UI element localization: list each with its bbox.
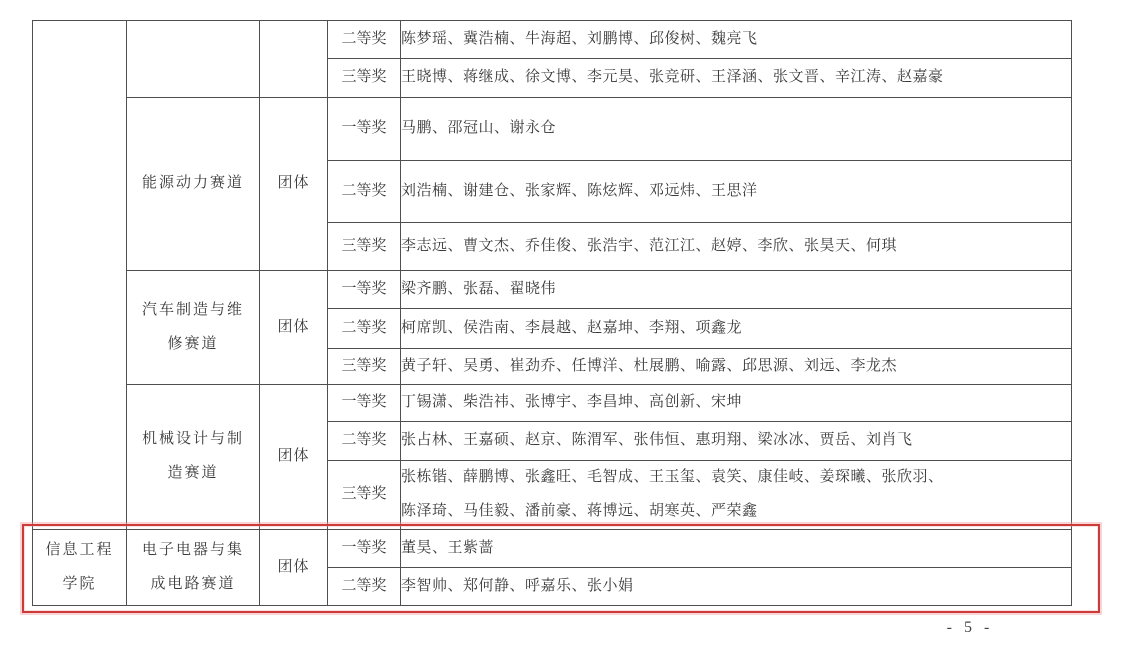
winners-cell: 张栋锴、薛鹏博、张鑫旺、毛智成、王玉玺、袁笑、康佳岐、姜琛曦、张欣羽、 陈泽琦、…: [401, 461, 1072, 530]
track-cell: 电子电器与集 成电路赛道: [127, 530, 260, 606]
award-level-cell: 一等奖: [328, 271, 401, 309]
winners-cell: 李志远、曹文杰、乔佳俊、张浩宇、范江江、赵婷、李欣、张昊天、何琪: [401, 223, 1072, 271]
award-level-cell: 三等奖: [328, 461, 401, 530]
group-type-cell: 团体: [260, 385, 328, 530]
award-level-cell: 三等奖: [328, 59, 401, 98]
page-number: - 5 -: [925, 619, 1015, 637]
winners-cell: 马鹏、邵冠山、谢永仓: [401, 98, 1072, 161]
winners-cell: 刘浩楠、谢建仓、张家辉、陈炫辉、邓远炜、王思洋: [401, 161, 1072, 223]
group-type-cell: 团体: [260, 98, 328, 271]
track-cell: 汽车制造与维 修赛道: [127, 271, 260, 385]
award-level-cell: 二等奖: [328, 309, 401, 349]
award-level-cell: 二等奖: [328, 568, 401, 606]
award-level-cell: 三等奖: [328, 223, 401, 271]
award-table: 二等奖 陈梦瑶、冀浩楠、牛海超、刘鹏博、邱俊树、魏亮飞 三等奖 王晓博、蒋继成、…: [32, 20, 1072, 606]
college-cell: [33, 21, 127, 530]
track-cell: 能源动力赛道: [127, 98, 260, 271]
winners-cell: 李智帅、郑何静、呼嘉乐、张小娟: [401, 568, 1072, 606]
award-level-cell: 一等奖: [328, 385, 401, 422]
group-type-cell: [260, 21, 328, 98]
group-type-cell: 团体: [260, 530, 328, 606]
award-level-cell: 一等奖: [328, 98, 401, 161]
winners-cell: 陈梦瑶、冀浩楠、牛海超、刘鹏博、邱俊树、魏亮飞: [401, 21, 1072, 59]
document-page: 二等奖 陈梦瑶、冀浩楠、牛海超、刘鹏博、邱俊树、魏亮飞 三等奖 王晓博、蒋继成、…: [0, 0, 1122, 656]
award-level-cell: 二等奖: [328, 21, 401, 59]
award-level-cell: 三等奖: [328, 349, 401, 385]
table-row: 汽车制造与维 修赛道 团体 一等奖 梁齐鹏、张磊、翟晓伟: [33, 271, 1072, 309]
track-cell: [127, 21, 260, 98]
winners-cell: 黄子轩、吴勇、崔劲乔、任博洋、杜展鹏、喻露、邱思源、刘远、李龙杰: [401, 349, 1072, 385]
winners-cell: 董昊、王紫蔷: [401, 530, 1072, 568]
group-type-cell: 团体: [260, 271, 328, 385]
table-row: 信息工程 学院 电子电器与集 成电路赛道 团体 一等奖 董昊、王紫蔷: [33, 530, 1072, 568]
winners-cell: 柯席凯、侯浩南、李晨越、赵嘉坤、李翔、项鑫龙: [401, 309, 1072, 349]
winners-cell: 王晓博、蒋继成、徐文博、李元昊、张竞研、王泽涵、张文晋、辛江涛、赵嘉豪: [401, 59, 1072, 98]
award-level-cell: 二等奖: [328, 161, 401, 223]
table-row: 二等奖 陈梦瑶、冀浩楠、牛海超、刘鹏博、邱俊树、魏亮飞: [33, 21, 1072, 59]
winners-cell: 丁锡潇、柴浩祎、张博宇、李昌坤、高创新、宋坤: [401, 385, 1072, 422]
winners-cell: 梁齐鹏、张磊、翟晓伟: [401, 271, 1072, 309]
track-cell: 机械设计与制 造赛道: [127, 385, 260, 530]
award-level-cell: 二等奖: [328, 422, 401, 461]
award-level-cell: 一等奖: [328, 530, 401, 568]
college-cell: 信息工程 学院: [33, 530, 127, 606]
winners-cell: 张占林、王嘉硕、赵京、陈渭军、张伟恒、惠玥翔、梁冰冰、贾岳、刘肖飞: [401, 422, 1072, 461]
table-row: 能源动力赛道 团体 一等奖 马鹏、邵冠山、谢永仓: [33, 98, 1072, 161]
table-row: 机械设计与制 造赛道 团体 一等奖 丁锡潇、柴浩祎、张博宇、李昌坤、高创新、宋坤: [33, 385, 1072, 422]
